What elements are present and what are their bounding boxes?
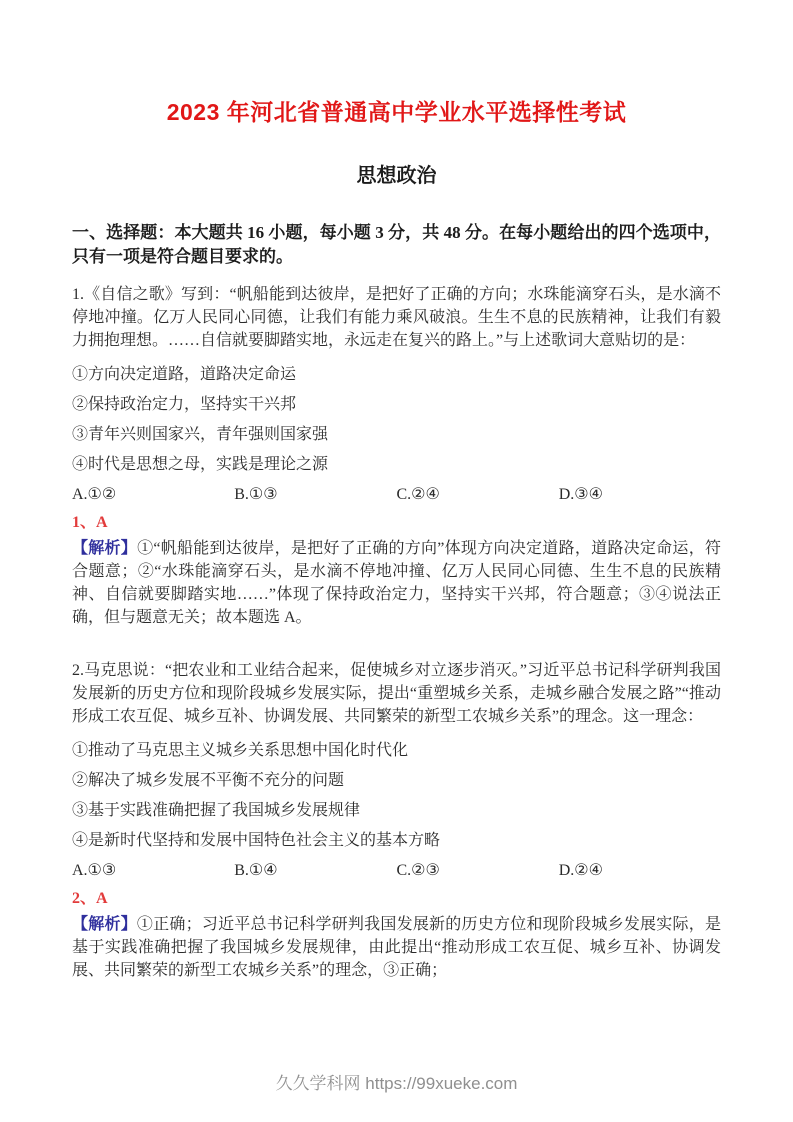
option-item-2: ②保持政治定力，坚持实干兴邦	[72, 394, 721, 416]
exam-document-page: 2023 年河北省普通高中学业水平选择性考试 思想政治 一、选择题：本大题共 1…	[0, 0, 793, 1122]
option-item-1: ①推动了马克思主义城乡关系思想中国化时代化	[72, 740, 721, 762]
analysis-label: 【解析】	[72, 916, 137, 933]
option-item-3: ③青年兴则国家兴，青年强则国家强	[72, 424, 721, 446]
choices-row: A.①② B.①③ C.②④ D.③④	[72, 484, 721, 506]
answer-line: 2、A	[72, 888, 721, 910]
question-stem: 1.《自信之歌》写到：“帆船能到达彼岸，是把好了正确的方向；水珠能滴穿石头，是水…	[72, 283, 721, 352]
option-items: ①推动了马克思主义城乡关系思想中国化时代化 ②解决了城乡发展不平衡不充分的问题 …	[72, 740, 721, 852]
section-heading: 一、选择题：本大题共 16 小题，每小题 3 分，共 48 分。在每小题给出的四…	[72, 221, 721, 269]
question-block-1: 1.《自信之歌》写到：“帆船能到达彼岸，是把好了正确的方向；水珠能滴穿石头，是水…	[72, 283, 721, 629]
choice-a: A.①②	[72, 484, 234, 506]
subject-title: 思想政治	[72, 163, 721, 189]
page-title: 2023 年河北省普通高中学业水平选择性考试	[72, 97, 721, 127]
analysis-paragraph: 【解析】①“帆船能到达彼岸，是把好了正确的方向”体现方向决定道路，道路决定命运，…	[72, 537, 721, 629]
choice-a: A.①③	[72, 860, 234, 882]
analysis-text: ①正确；习近平总书记科学研判我国发展新的历史方位和现阶段城乡发展实际，是基于实践…	[72, 916, 721, 979]
choice-c: C.②③	[397, 860, 559, 882]
option-item-2: ②解决了城乡发展不平衡不充分的问题	[72, 770, 721, 792]
option-item-1: ①方向决定道路，道路决定命运	[72, 364, 721, 386]
question-stem: 2.马克思说：“把农业和工业结合起来，促使城乡对立逐步消灭。”习近平总书记科学研…	[72, 659, 721, 728]
footer: 久久学科网 https://99xueke.com	[0, 1069, 793, 1094]
choice-c: C.②④	[397, 484, 559, 506]
choice-d: D.②④	[559, 860, 721, 882]
choice-b: B.①④	[234, 860, 396, 882]
answer-line: 1、A	[72, 512, 721, 534]
analysis-paragraph: 【解析】①正确；习近平总书记科学研判我国发展新的历史方位和现阶段城乡发展实际，是…	[72, 913, 721, 982]
footer-watermark-text: 久久学科网 https://99xueke.com	[276, 1074, 518, 1093]
choice-d: D.③④	[559, 484, 721, 506]
analysis-label: 【解析】	[72, 540, 137, 557]
choices-row: A.①③ B.①④ C.②③ D.②④	[72, 860, 721, 882]
choice-b: B.①③	[234, 484, 396, 506]
question-block-2: 2.马克思说：“把农业和工业结合起来，促使城乡对立逐步消灭。”习近平总书记科学研…	[72, 659, 721, 982]
option-item-4: ④时代是思想之母，实践是理论之源	[72, 454, 721, 476]
option-item-4: ④是新时代坚持和发展中国特色社会主义的基本方略	[72, 830, 721, 852]
option-item-3: ③基于实践准确把握了我国城乡发展规律	[72, 800, 721, 822]
option-items: ①方向决定道路，道路决定命运 ②保持政治定力，坚持实干兴邦 ③青年兴则国家兴，青…	[72, 364, 721, 476]
analysis-text: ①“帆船能到达彼岸，是把好了正确的方向”体现方向决定道路，道路决定命运，符合题意…	[72, 540, 721, 626]
